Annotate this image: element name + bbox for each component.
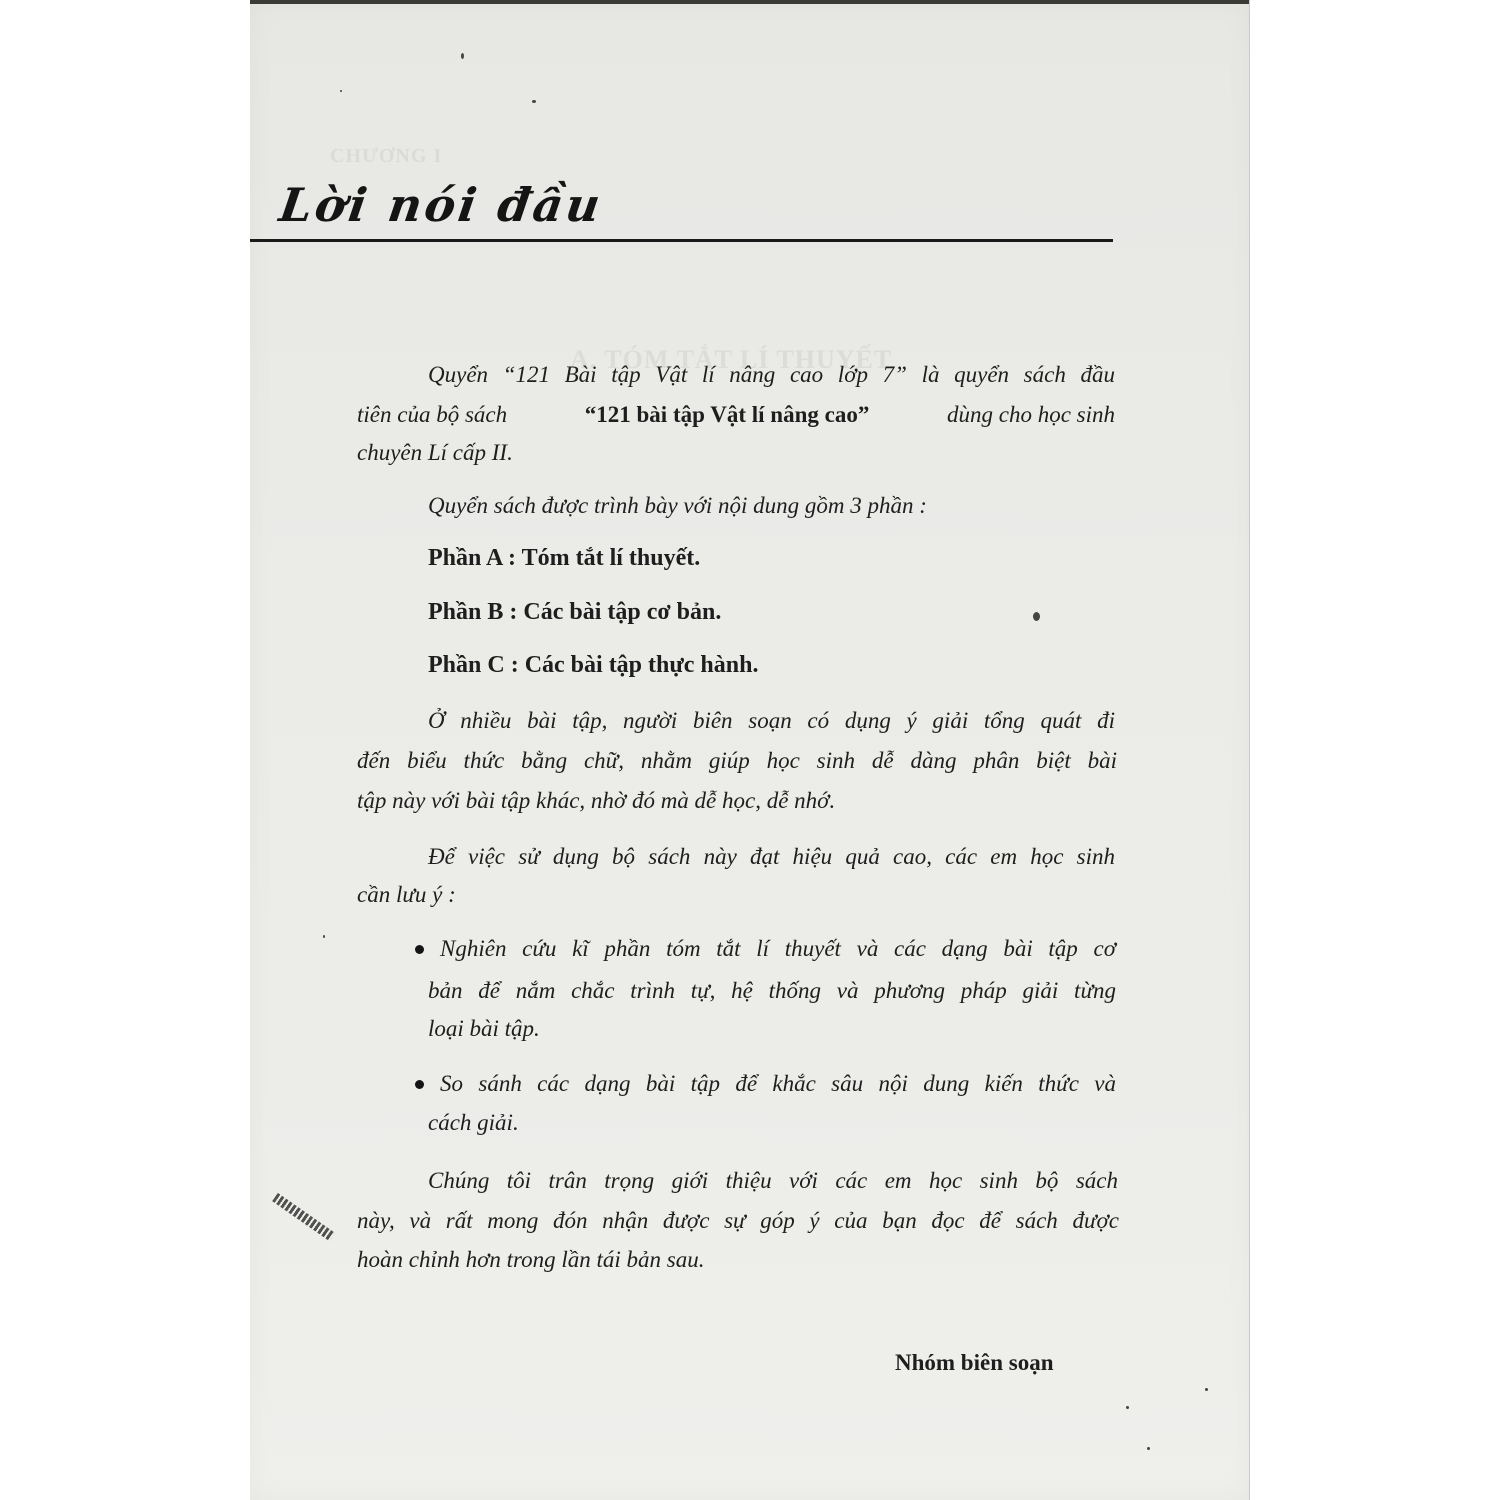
paragraph-1-text-end: dùng cho học sinh (947, 402, 1115, 428)
page-title: Lời nói đầu (276, 178, 606, 232)
part-b-text: Các bài tập cơ bản. (523, 599, 721, 625)
bullet-1-line-2: bản để nắm chắc trình tự, hệ thống và ph… (428, 978, 1116, 1004)
paragraph-4-line-2: cần lưu ý : (357, 882, 456, 908)
paragraph-5-line-2: này, và rất mong đón nhận được sự góp ý … (357, 1208, 1119, 1234)
bullet-2-line-1: So sánh các dạng bài tập để khắc sâu nội… (440, 1071, 1116, 1097)
bullet-2-line-2: cách giải. (428, 1110, 519, 1136)
page-top-edge (250, 0, 1250, 4)
speck (1147, 1447, 1150, 1450)
paragraph-1-line-2: tiên của bộ sách “121 bài tập Vật lí nân… (357, 402, 1115, 428)
part-b: Phần B : Các bài tập cơ bản. (428, 599, 721, 626)
part-b-label: Phần B : (428, 599, 517, 625)
paragraph-3-line-3: tập này với bài tập khác, nhờ đó mà dễ h… (357, 788, 835, 814)
part-c-label: Phần C : (428, 652, 519, 678)
title-divider (250, 239, 1113, 242)
bullet-1-line-1: Nghiên cứu kĩ phần tóm tắt lí thuyết và … (440, 936, 1116, 962)
paragraph-1-line-1: Quyển “121 Bài tập Vật lí nâng cao lớp 7… (428, 362, 1115, 388)
speck (1205, 1388, 1208, 1391)
part-a: Phần A : Tóm tắt lí thuyết. (428, 545, 700, 572)
speck (532, 100, 536, 103)
paragraph-5-line-1: Chúng tôi trân trọng giới thiệu với các … (428, 1168, 1118, 1194)
speck (340, 90, 342, 92)
part-a-label: Phần A : (428, 545, 516, 571)
bullet-1-line-3: loại bài tập. (428, 1016, 540, 1042)
paragraph-1-line-3: chuyên Lí cấp II. (357, 440, 513, 466)
series-title: “121 bài tập Vật lí nâng cao” (585, 402, 870, 428)
speck (323, 935, 325, 938)
signature: Nhóm biên soạn (895, 1350, 1053, 1376)
speck (461, 53, 464, 59)
part-c: Phần C : Các bài tập thực hành. (428, 652, 758, 679)
page-right-edge (1249, 0, 1250, 1500)
paragraph-4-line-1: Để việc sử dụng bộ sách này đạt hiệu quả… (428, 844, 1115, 870)
paragraph-3-line-1: Ở nhiều bài tập, người biên soạn có dụng… (428, 708, 1115, 734)
part-a-text: Tóm tắt lí thuyết. (522, 545, 701, 571)
part-c-text: Các bài tập thực hành. (525, 652, 759, 678)
show-through-chapter: CHƯƠNG I (330, 145, 442, 168)
paragraph-5-line-3: hoàn chỉnh hơn trong lần tái bản sau. (357, 1247, 704, 1273)
paragraph-1-text: tiên của bộ sách (357, 402, 507, 428)
speck (1126, 1406, 1129, 1409)
speck (1033, 612, 1040, 621)
bullet-dot-icon (415, 1080, 424, 1089)
paragraph-2: Quyển sách được trình bày với nội dung g… (428, 493, 927, 519)
paragraph-3-line-2: đến biểu thức bằng chữ, nhằm giúp học si… (357, 748, 1117, 774)
bullet-dot-icon (415, 945, 424, 954)
